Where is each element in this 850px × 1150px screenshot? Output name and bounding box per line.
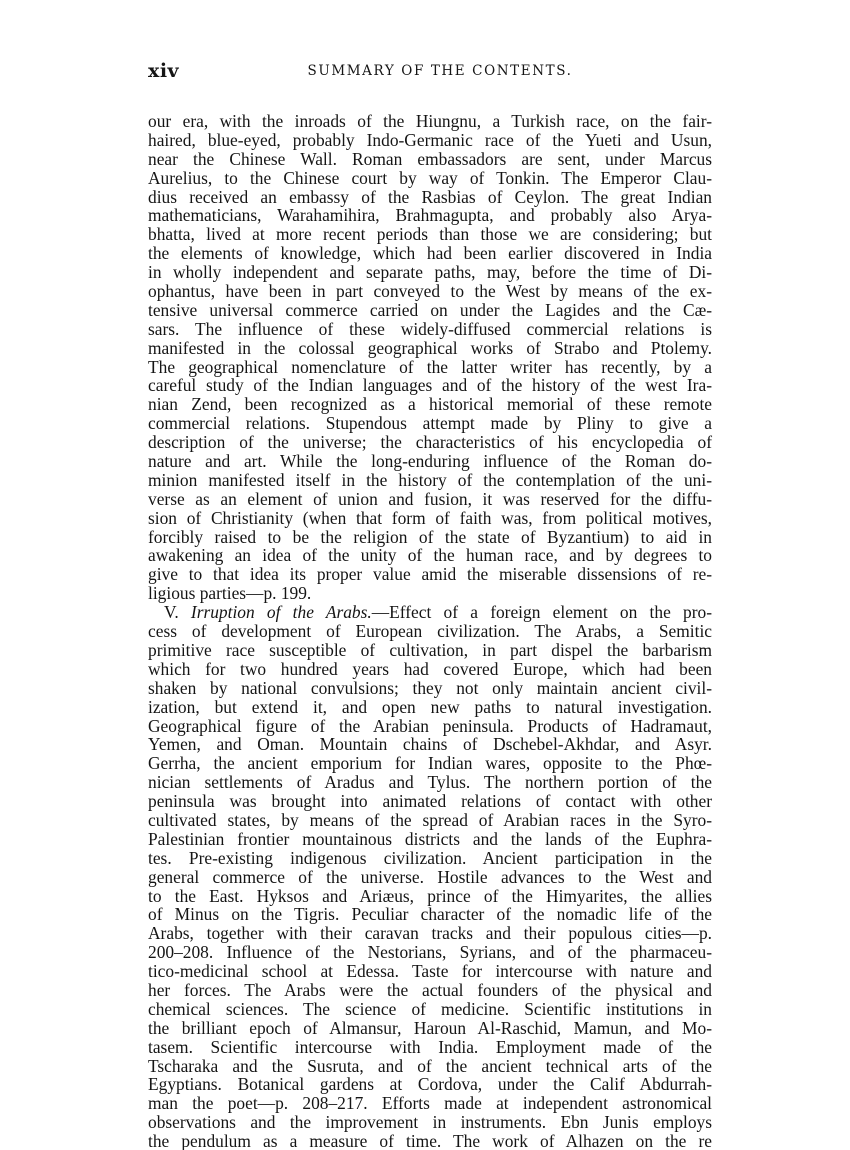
text-line: Gerrha, the ancient emporium for Indian … [148,754,712,773]
text-line: tico-medicinal school at Edessa. Taste f… [148,962,712,981]
text-line: nian Zend, been recognized as a historic… [148,395,712,414]
text-line: forcibly raised to be the religion of th… [148,528,712,547]
text-line: which for two hundred years had covered … [148,660,712,679]
text-line: minion manifested itself in the history … [148,471,712,490]
text-line: observations and the improvement in inst… [148,1113,712,1132]
text-line: Palestinian frontier mountainous distric… [148,830,712,849]
running-title: SUMMARY OF THE CONTENTS. [148,63,712,79]
text-line: Geographical figure of the Arabian penin… [148,717,712,736]
text-line: chemical sciences. The science of medici… [148,1000,712,1019]
text-line: manifested in the colossal geographical … [148,339,712,358]
text-line: peninsula was brought into animated rela… [148,792,712,811]
text-line: give to that idea its proper value amid … [148,565,712,584]
text-line: of Minus on the Tigris. Peculiar charact… [148,905,712,924]
text-line: dius received an embassy of the Rasbias … [148,188,712,207]
text-line: Yemen, and Oman. Mountain chains of Dsch… [148,735,712,754]
text-line: careful study of the Indian languages an… [148,376,712,395]
text-line: near the Chinese Wall. Roman embassadors… [148,150,712,169]
text-line: awakening an idea of the unity of the hu… [148,546,712,565]
text-line: tes. Pre-existing indigenous civilizatio… [148,849,712,868]
text-line: the elements of knowledge, which had bee… [148,244,712,263]
text-line: Tscharaka and the Susruta, and of the an… [148,1057,712,1076]
text-line: nician settlements of Aradus and Tylus. … [148,773,712,792]
text-line: sion of Christianity (when that form of … [148,509,712,528]
text-line: in wholly independent and separate paths… [148,263,712,282]
text-line: general commerce of the universe. Hostil… [148,868,712,887]
text-line: nature and art. While the long-enduring … [148,452,712,471]
section-first-line: —Effect of a foreign element on the pro- [372,602,712,622]
text-line: cultivated states, by means of the sprea… [148,811,712,830]
text-line: cess of development of European civiliza… [148,622,712,641]
text-line: sars. The influence of these widely-diff… [148,320,712,339]
text-line: our era, with the inroads of the Hiungnu… [148,112,712,131]
text-line: Aurelius, to the Chinese court by way of… [148,169,712,188]
text-line: haired, blue-eyed, probably Indo-Germani… [148,131,712,150]
text-line: ophantus, have been in part conveyed to … [148,282,712,301]
book-page: xiv SUMMARY OF THE CONTENTS. our era, wi… [148,60,712,1150]
text-line: description of the universe; the charact… [148,433,712,452]
section-title: Irruption of the Arabs. [191,602,372,622]
text-line: tensive universal commerce carried on un… [148,301,712,320]
section-heading-line: V. Irruption of the Arabs.—Effect of a f… [148,603,712,622]
text-line: The geographical nomenclature of the lat… [148,358,712,377]
text-line: tasem. Scientific intercourse with India… [148,1038,712,1057]
text-line: the pendulum as a measure of time. The w… [148,1132,712,1150]
text-line: shaken by national convulsions; they not… [148,679,712,698]
text-line: 200–208. Influence of the Nestorians, Sy… [148,943,712,962]
text-line: bhatta, lived at more recent periods tha… [148,225,712,244]
text-line: Egyptians. Botanical gardens at Cordova,… [148,1075,712,1094]
text-line: the brilliant epoch of Almansur, Haroun … [148,1019,712,1038]
text-line: verse as an element of union and fusion,… [148,490,712,509]
text-line: ligious parties—p. 199. [148,584,712,603]
text-line: her forces. The Arabs were the actual fo… [148,981,712,1000]
text-line: Arabs, together with their caravan track… [148,924,712,943]
text-line: primitive race susceptible of cultivatio… [148,641,712,660]
section-numeral: V. [164,602,179,622]
text-line: commercial relations. Stupendous attempt… [148,414,712,433]
text-line: to the East. Hyksos and Ariæus, prince o… [148,887,712,906]
text-line: man the poet—p. 208–217. Efforts made at… [148,1094,712,1113]
body-text: our era, with the inroads of the Hiungnu… [148,112,712,1150]
text-line: mathematicians, Warahamihira, Brahmagupt… [148,206,712,225]
text-line: ization, but extend it, and open new pat… [148,698,712,717]
page-header: xiv SUMMARY OF THE CONTENTS. [148,60,712,84]
